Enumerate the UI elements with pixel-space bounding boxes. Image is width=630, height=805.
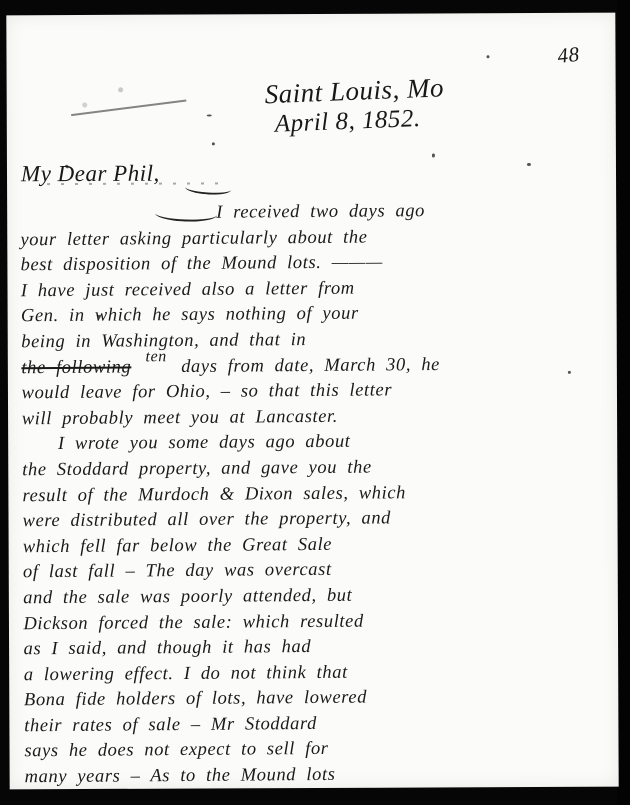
ink-speck bbox=[486, 55, 489, 58]
letter-line: many years – As to the Mound lots bbox=[25, 761, 610, 791]
scan-edge-artifact bbox=[617, 0, 630, 805]
ink-speck bbox=[212, 142, 215, 145]
struck-text: the following bbox=[21, 357, 131, 378]
pen-flourish bbox=[185, 181, 232, 196]
salutation: My Dear Phil, bbox=[21, 161, 160, 188]
letter-body: I received two days ago your letter aski… bbox=[20, 198, 610, 791]
dateline-date: April 8, 1852. bbox=[274, 105, 421, 139]
ink-speck bbox=[527, 163, 531, 166]
ink-speck bbox=[432, 153, 435, 157]
ink-speck bbox=[207, 114, 212, 116]
line-text: days from date, March 30, he bbox=[181, 355, 440, 377]
inserted-word: ten bbox=[145, 348, 166, 365]
scan-smudge bbox=[37, 75, 157, 126]
microfilm-scan-frame: 48 Saint Louis, Mo April 8, 1852. My Dea… bbox=[0, 0, 630, 805]
page-number: 48 bbox=[556, 42, 581, 69]
letter-page: 48 Saint Louis, Mo April 8, 1852. My Dea… bbox=[6, 13, 618, 790]
